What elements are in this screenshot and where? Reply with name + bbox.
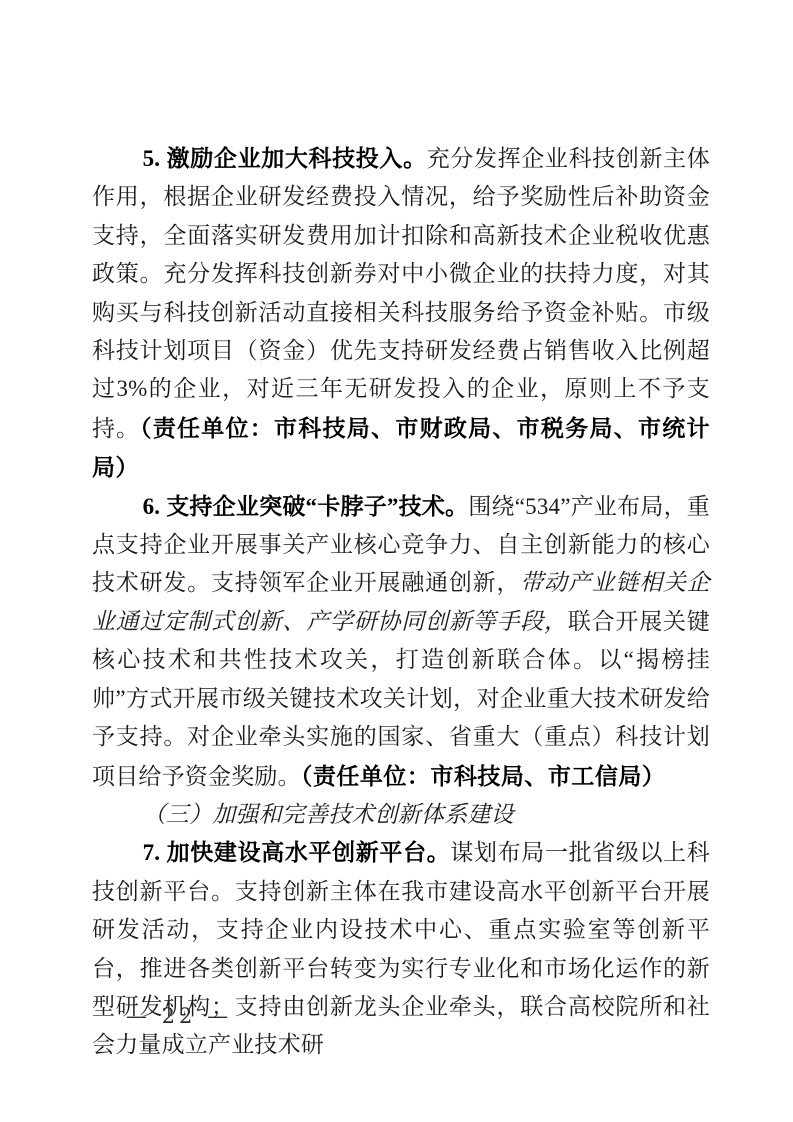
paragraph-5-heading: 5. 激励企业加大科技投入。 (143, 146, 427, 171)
paragraph-5-responsibility-unit: （责任单位：市科技局、市财政局、市税务局、市统计局） (92, 415, 710, 480)
paragraph-5-body: 充分发挥企业科技创新主体作用，根据企业研发经费投入情况，给予奖励性后补助资金支持… (92, 146, 710, 441)
document-page: 5. 激励企业加大科技投入。充分发挥企业科技创新主体作用，根据企业研发经费投入情… (0, 0, 793, 1122)
paragraph-item-7: 7. 加快建设高水平创新平台。谋划布局一批省级以上科技创新平台。支持创新主体在我… (92, 834, 710, 1064)
paragraph-item-6: 6. 支持企业突破“卡脖子”技术。围绕“534”产业布局，重点支持企业开展事关产… (92, 488, 710, 796)
paragraph-7-heading: 7. 加快建设高水平创新平台。 (143, 840, 451, 865)
section-heading-3: （三）加强和完善技术创新体系建设 (92, 796, 710, 834)
paragraph-6-responsibility-unit: （责任单位：市科技局、市工信局） (301, 763, 666, 789)
page-number: — 22 — (126, 1004, 232, 1028)
paragraph-6-heading: 6. 支持企业突破“卡脖子”技术。 (143, 494, 469, 519)
document-text-block: 5. 激励企业加大科技投入。充分发挥企业科技创新主体作用，根据企业研发经费投入情… (92, 140, 710, 1065)
paragraph-item-5: 5. 激励企业加大科技投入。充分发挥企业科技创新主体作用，根据企业研发经费投入情… (92, 140, 710, 488)
